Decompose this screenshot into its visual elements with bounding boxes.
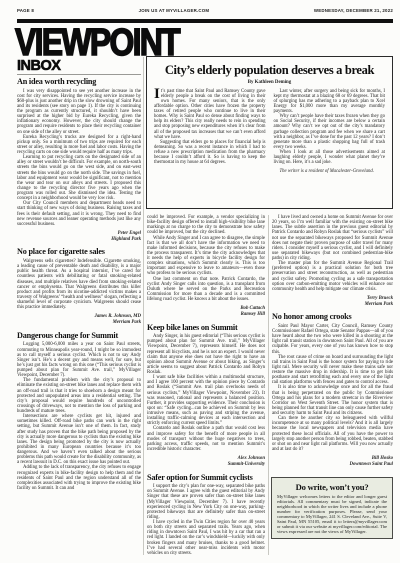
letter-keep-bike-lanes-on-summit: Keep bike lanes on Summit Andy Singer, i…	[147, 324, 265, 468]
letter-no-honor-among-crooks: No honor among crooks Saint Paul Mayor C…	[272, 313, 393, 467]
middle-column: could be improved. For example, a vendor…	[147, 215, 265, 556]
feature-footnote-text: The writer is a resident of Macalester-G…	[274, 169, 386, 174]
letter-title: No honor among crooks	[272, 313, 393, 322]
letter-signature: Bill Hosko Downtown Saint Paul	[272, 456, 393, 468]
letter-title: No place for cigarette sales	[17, 248, 141, 257]
letter-body: Andy Singer, in his guest editorial (“Th…	[147, 334, 265, 452]
left-column: An idea worth recycling I was very disap…	[17, 78, 141, 491]
page-number: PAGE 8	[17, 8, 34, 13]
do-write-box: Do write, won’t you? MyVillager welcomes…	[271, 477, 393, 539]
page-header: PAGE 8 JOIN US AT MYVILLAGER.COM WEDNESD…	[17, 8, 393, 13]
column-rule-left	[143, 57, 144, 555]
signature-place: Summit-University	[147, 462, 265, 468]
right-column: I have lived and owned a home on Summit …	[272, 215, 393, 471]
letter-title: Keep bike lanes on Summit	[147, 324, 265, 333]
letter-signature: Alex Johnson Summit-University	[147, 456, 265, 468]
letter-body: Walgreens sells cigarettes? Indefensible…	[17, 259, 141, 310]
letter-body: I have lived and owned a home on Summit …	[272, 215, 393, 292]
do-write-body: MyVillager welcomes letters to the edito…	[277, 494, 387, 534]
letter-title: Dangerous change for Summit	[17, 332, 141, 341]
site-banner: JOIN US AT MYVILLAGER.COM	[139, 8, 210, 13]
feature-column-1: It’s past time that Saint Paul and Ramse…	[154, 89, 266, 175]
letter-body: Saint Paul Mayor Carter, City Council, R…	[272, 324, 393, 452]
letter-dangerous-continuation: could be improved. For example, a vendor…	[147, 215, 265, 318]
newspaper-page: PAGE 8 JOIN US AT MYVILLAGER.COM WEDNESD…	[0, 0, 400, 563]
inbox-underline	[17, 74, 141, 75]
letter-safer-continuation: I have lived and owned a home on Summit …	[272, 215, 393, 307]
letter-dangerous-change-for-summit: Dangerous change for Summit Logging 5,00…	[17, 332, 141, 491]
issue-date: WEDNESDAY, DECEMBER 21, 2022	[314, 8, 393, 13]
letter-an-idea-worth-recycling: An idea worth recycling I was very disap…	[17, 78, 141, 242]
letter-title: An idea worth recycling	[17, 78, 141, 87]
feature-title: City’s elderly population deserves a bre…	[154, 63, 385, 78]
signature-place: Downtown Saint Paul	[272, 462, 393, 468]
letter-body: I was very disappointed to see yet anoth…	[17, 89, 141, 227]
letter-signature: Peter Engel Highland Park	[17, 231, 141, 243]
signature-place: Ramsey Hill	[147, 312, 265, 318]
letter-body: could be improved. For example, a vendor…	[147, 215, 265, 302]
signature-place: Highland Park	[17, 237, 141, 243]
letter-title: Safer option for Summit cyclists	[147, 474, 265, 483]
inbox-label: INBOX	[17, 58, 60, 74]
letter-no-place-for-cigarette-sales: No place for cigarette sales Walgreens s…	[17, 248, 141, 325]
column-rule-right	[268, 215, 269, 555]
letter-signature: James R. Johnson, MD Merriam Park	[17, 314, 141, 326]
letter-signature: Terry Brueck Merriam Park	[272, 296, 393, 308]
feature-footnote: The writer is a resident of Macalester-G…	[274, 169, 386, 174]
letter-signature: Bob Cattach Ramsey Hill	[147, 306, 265, 318]
letter-body: I support the city’s plan for one-way, s…	[147, 484, 265, 556]
feature-column-2-body: Last winter, after surgery and being sic…	[274, 89, 386, 166]
feature-column-2: Last winter, after surgery and being sic…	[274, 89, 386, 175]
feature-columns: It’s past time that Saint Paul and Ramse…	[154, 89, 385, 175]
do-write-title: Do write, won’t you?	[277, 482, 387, 492]
letter-body: Logging 5,000-6,000 miles a year on Sain…	[17, 342, 141, 491]
signature-place: Merriam Park	[17, 320, 141, 326]
signature-place: Merriam Park	[272, 302, 393, 308]
letter-safer-option-for-summit-cyclists: Safer option for Summit cyclists I suppo…	[147, 474, 265, 556]
guest-editorial-box: City’s elderly population deserves a bre…	[146, 56, 393, 209]
feature-byline: By Kathleen Deming	[154, 80, 385, 85]
